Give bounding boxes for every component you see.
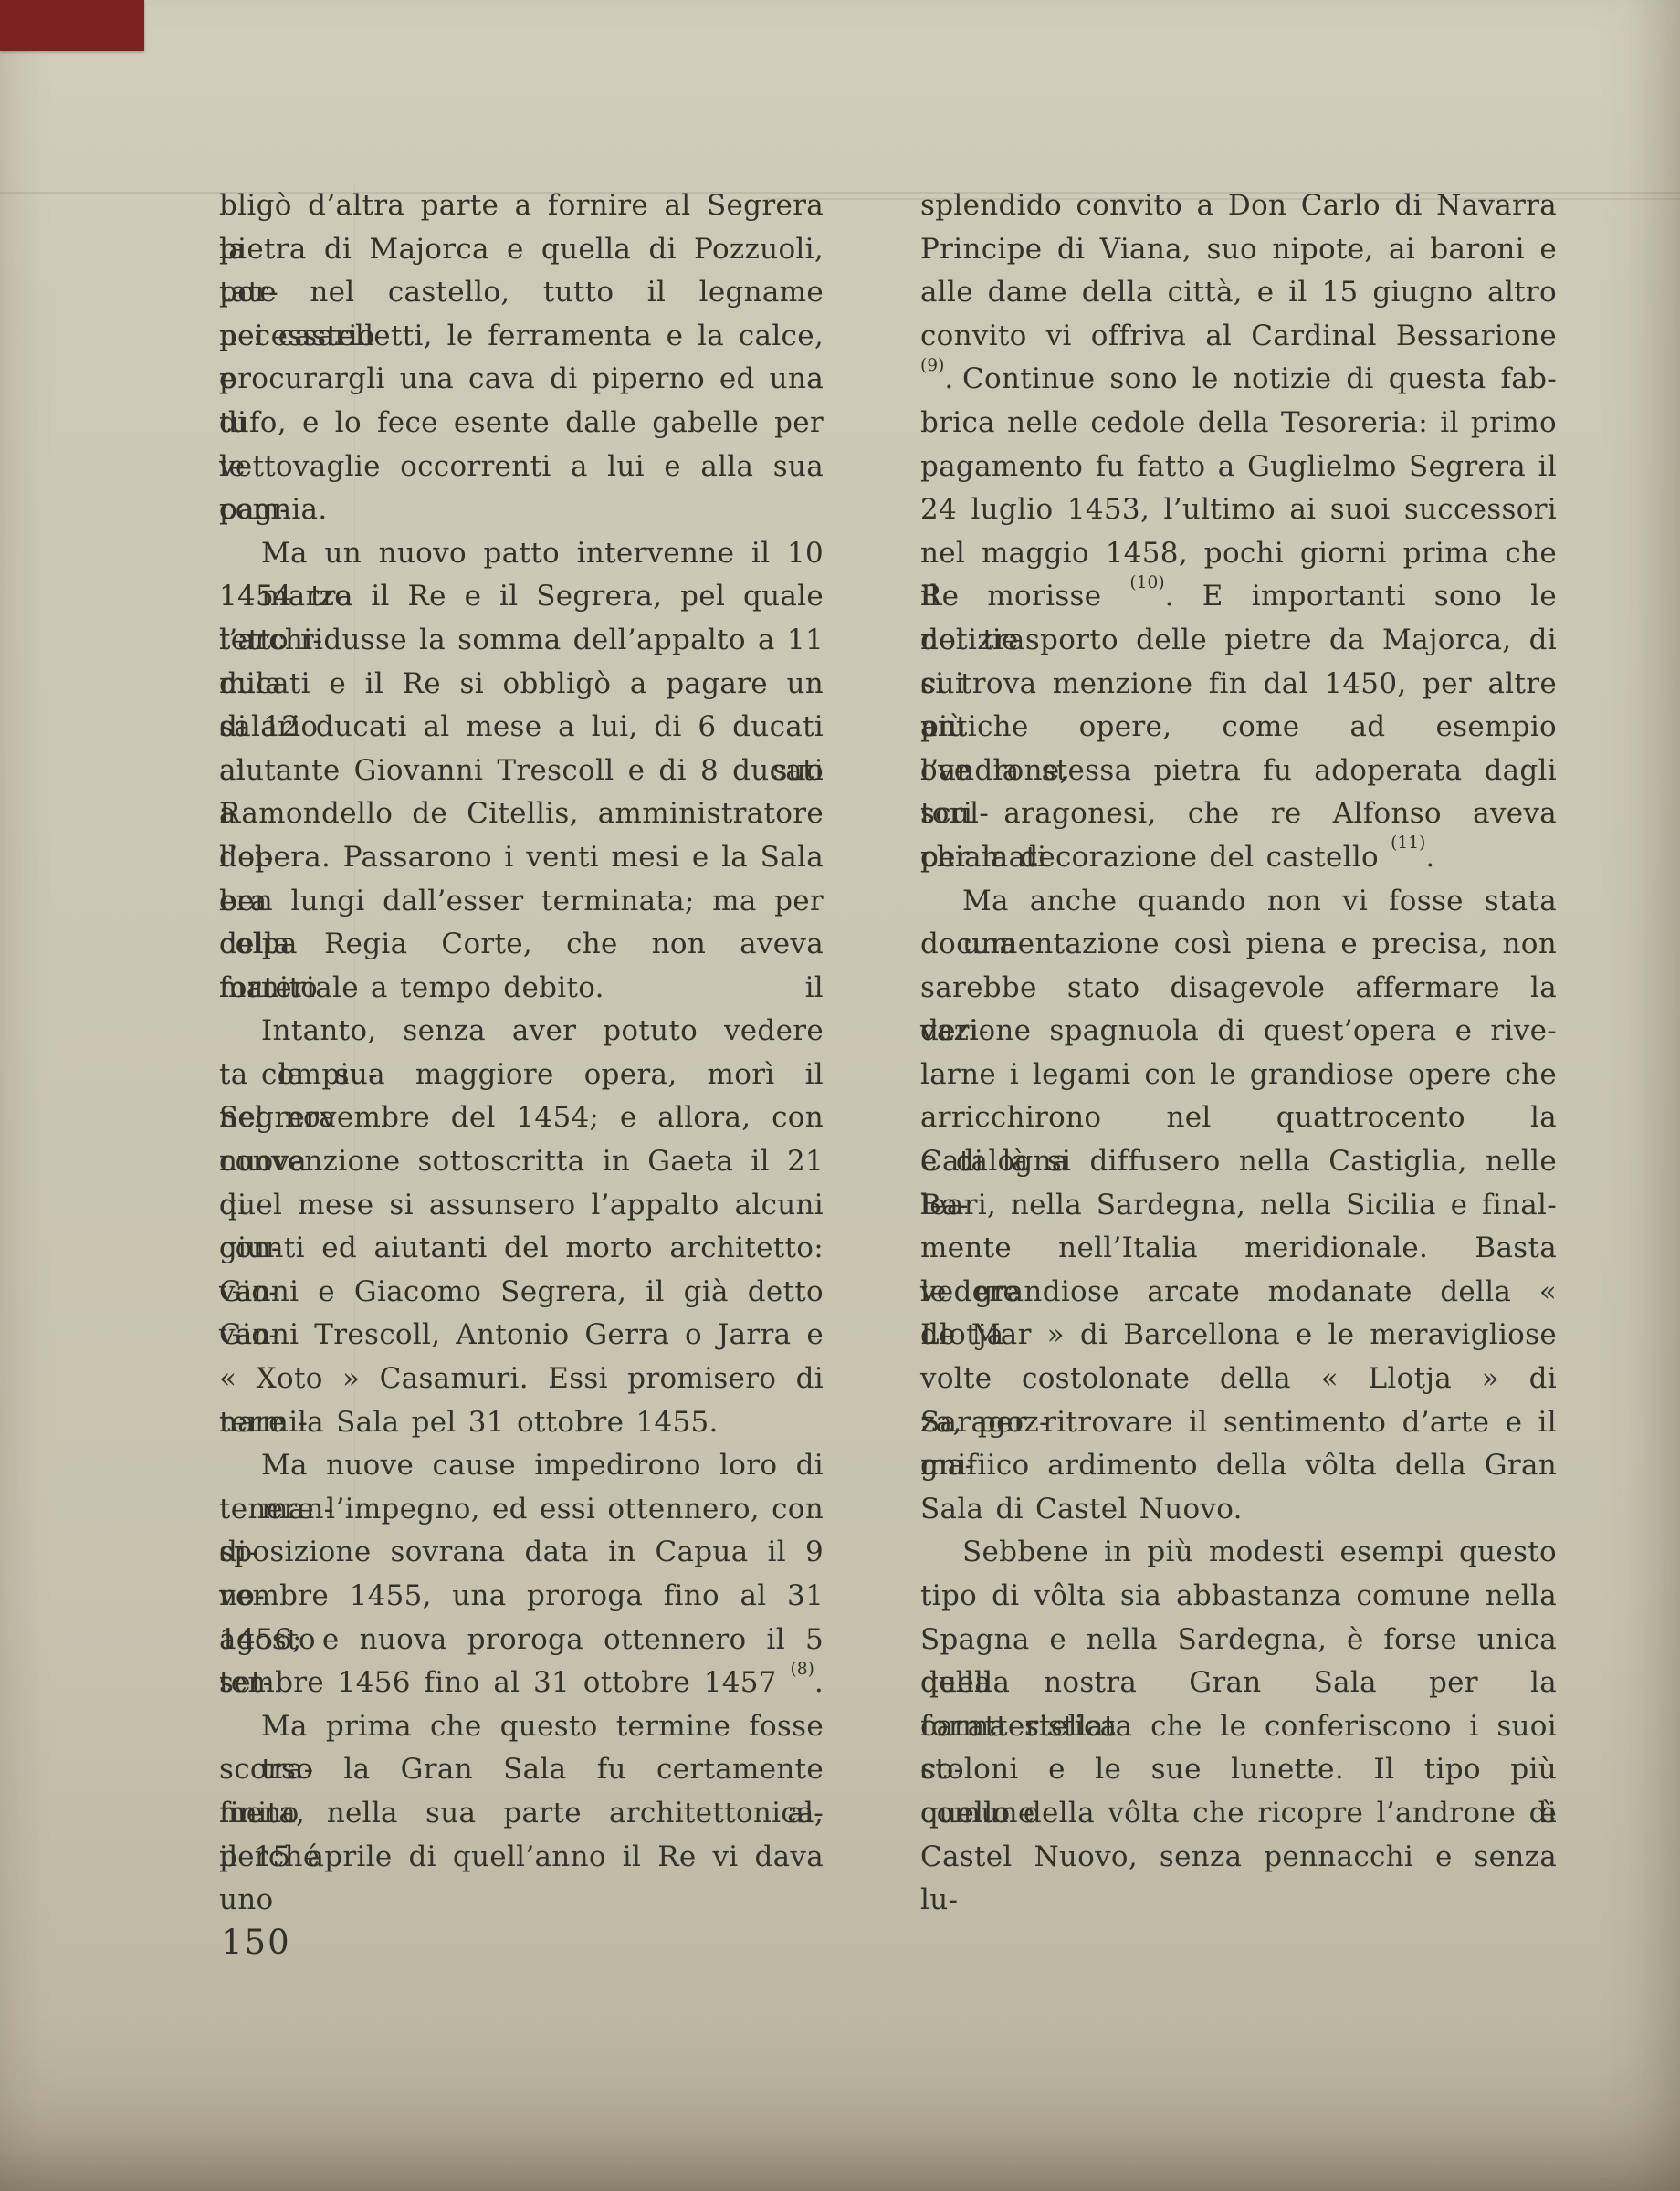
text-line: tembre 1456 fino al 31 ottobre 1457 (8).: [219, 1662, 824, 1705]
page-number: 150: [221, 1923, 291, 1962]
footnote-ref: (11): [1391, 833, 1425, 853]
text-line: pietra di Majorca e quella di Pozzuoli, …: [219, 228, 824, 272]
text-line: Ramondello de Citellis, amministratore d…: [219, 792, 824, 836]
text-line: ta la sua maggiore opera, morì il Segrer…: [219, 1054, 824, 1097]
text-line: mente nell’Italia meridionale. Basta ved…: [920, 1227, 1557, 1271]
text-line: vazione spagnuola di quest’opera e rive-: [920, 1010, 1557, 1054]
text-line: aiutante Giovanni Trescoll e di 8 ducati…: [219, 750, 824, 793]
text-line: antiche opere, come ad esempio l’androne…: [920, 706, 1557, 750]
footnote-ref: (10): [1129, 573, 1164, 592]
text-line: Castel Nuovo, senza pennacchi e senza lu…: [920, 1836, 1557, 1880]
text-line: pagnia.: [219, 488, 824, 532]
text-line: giunti ed aiutanti del morto architetto:…: [219, 1227, 824, 1271]
text-line: Ma nuove cause impedirono loro di man-: [219, 1444, 824, 1488]
text-line: Re morisse (10). E importanti sono le no…: [920, 575, 1557, 619]
text-line: Continue sono le notizie di questa fab-: [920, 358, 1557, 402]
text-line: gnifiico ardimento della vôlta della Gra…: [920, 1444, 1557, 1488]
text-line: Ma un nuovo patto intervenne il 10 marzo: [219, 532, 824, 576]
text-line: per la decorazione del castello (11).: [920, 836, 1557, 880]
text-line: e di là si diffusero nella Castiglia, ne…: [920, 1140, 1557, 1184]
text-line: convito vi offriva al Cardinal Bessarion…: [920, 315, 1557, 359]
text-line: le grandiose arcate modanate della « Llo…: [920, 1271, 1557, 1315]
text-line: arricchirono nel quattrocento la Catalog…: [920, 1096, 1557, 1140]
text-line: tetto ridusse la somma dell’appalto a 11…: [219, 619, 824, 663]
text-line: vembre 1455, una proroga fino al 31 agos…: [219, 1575, 824, 1619]
column-left: bligò d’altra parte a fornire al Segrera…: [219, 184, 824, 1879]
text-line: si trova menzione fin dal 1450, per altr…: [920, 663, 1557, 707]
text-line: del trasporto delle pietre da Majorca, d…: [920, 619, 1557, 663]
text-line: Spagna e nella Sardegna, è forse unica q…: [920, 1619, 1557, 1662]
footnote-ref: (9): [920, 356, 944, 375]
text-line: Principe di Viana, suo nipote, ai baroni…: [920, 228, 1557, 272]
text-line: « Xoto » Casamuri. Essi promisero di ter…: [219, 1358, 824, 1401]
text-line: larne i legami con le grandiose opere ch…: [920, 1054, 1557, 1097]
text-line: forma stellata che le conferiscono i suo…: [920, 1705, 1557, 1749]
text-line: Ma prima che questo termine fosse tra-: [219, 1705, 824, 1749]
footnote-ref: (8): [791, 1660, 814, 1679]
red-corner-mark: [0, 0, 144, 51]
text-line: pei castelletti, le ferramenta e la calc…: [219, 315, 824, 359]
text-line: 24 luglio 1453, l’ultimo ai suoi success…: [920, 488, 1557, 532]
text-line: della Regia Corte, che non aveva fornito…: [219, 923, 824, 967]
text-line: sarebbe stato disagevole affermare la de…: [920, 967, 1557, 1011]
book-page: bligò d’altra parte a fornire al Segrera…: [0, 0, 1680, 2191]
text-line: Intanto, senza aver potuto vedere compiu…: [219, 1010, 824, 1054]
text-line: vanni Trescoll, Antonio Gerra o Jarra e: [219, 1314, 824, 1358]
text-line: vettovaglie occorrenti a lui e alla sua …: [219, 446, 824, 489]
text-line: bligò d’altra parte a fornire al Segrera…: [219, 184, 824, 228]
text-line: Sala di Castel Nuovo.: [920, 1488, 1557, 1532]
text-line: tate nel castello, tutto il legname nece…: [219, 271, 824, 315]
text-line: ben lungi dall’esser terminata; ma per c…: [219, 880, 824, 924]
text-line: procurargli una cava di piperno ed una d…: [219, 358, 824, 402]
text-line: tori aragonesi, che re Alfonso aveva chi…: [920, 792, 1557, 836]
text-line: de Mar » di Barcellona e le meravigliose: [920, 1314, 1557, 1358]
text-line: 1456; e nuova proroga ottennero il 5 set…: [219, 1619, 824, 1662]
text-line: volte costolonate della « Llotja » di Sa…: [920, 1358, 1557, 1401]
text-line: sposizione sovrana data in Capua il 9 no…: [219, 1531, 824, 1575]
text-line: quello della vôlta che ricopre l’androne…: [920, 1792, 1557, 1836]
text-line: l’opera. Passarono i venti mesi e la Sal…: [219, 836, 824, 880]
text-line: di 12 ducati al mese a lui, di 6 ducati …: [219, 706, 824, 750]
text-line: Sebbene in più modesti esempi questo: [920, 1531, 1557, 1575]
text-line: documentazione così piena e precisa, non: [920, 923, 1557, 967]
text-line: nare la Sala pel 31 ottobre 1455.: [219, 1401, 824, 1445]
text-line: Ma anche quando non vi fosse stata una: [920, 880, 1557, 924]
text-line: tenere l’impegno, ed essi ottennero, con…: [219, 1488, 824, 1532]
text-line: brica nelle cedole della Tesoreria: il p…: [920, 402, 1557, 446]
text-line: za, per ritrovare il sentimento d’arte e…: [920, 1401, 1557, 1445]
text-line: ducati e il Re si obbligò a pagare un sa…: [219, 663, 824, 707]
text-line: leari, nella Sardegna, nella Sicilia e f…: [920, 1184, 1557, 1228]
text-line: scorso la Gran Sala fu certamente finita…: [219, 1748, 824, 1792]
text-line: pagamento fu fatto a Guglielmo Segrera i…: [920, 446, 1557, 489]
text-line: vanni e Giacomo Segrera, il già detto Gi…: [219, 1271, 824, 1315]
text-line: nel novembre del 1454; e allora, con nuo…: [219, 1096, 824, 1140]
text-line: ove la stessa pietra fu adoperata dagli …: [920, 750, 1557, 793]
text-line: splendido convito a Don Carlo di Navarra: [920, 184, 1557, 228]
column-right: splendido convito a Don Carlo di Navarra…: [920, 184, 1557, 1879]
text-line: il 15 aprile di quell’anno il Re vi dava…: [219, 1836, 824, 1880]
text-line: stoloni e le sue lunette. Il tipo più co…: [920, 1748, 1557, 1792]
text-line: 1454 tra il Re e il Segrera, pel quale l…: [219, 575, 824, 619]
text-line: convenzione sottoscritta in Gaeta il 21 …: [219, 1140, 824, 1184]
text-line: tufo, e lo fece esente dalle gabelle per…: [219, 402, 824, 446]
text-line: quel mese si assunsero l’appalto alcuni …: [219, 1184, 824, 1228]
text-line: nel maggio 1458, pochi giorni prima che …: [920, 532, 1557, 576]
text-line: tipo di vôlta sia abbastanza comune nell…: [920, 1575, 1557, 1619]
text-line: alle dame della città, e il 15 giugno al…: [920, 271, 1557, 315]
text-line: della nostra Gran Sala per la caratteris…: [920, 1662, 1557, 1705]
text-line: meno nella sua parte architettonica, per…: [219, 1792, 824, 1836]
